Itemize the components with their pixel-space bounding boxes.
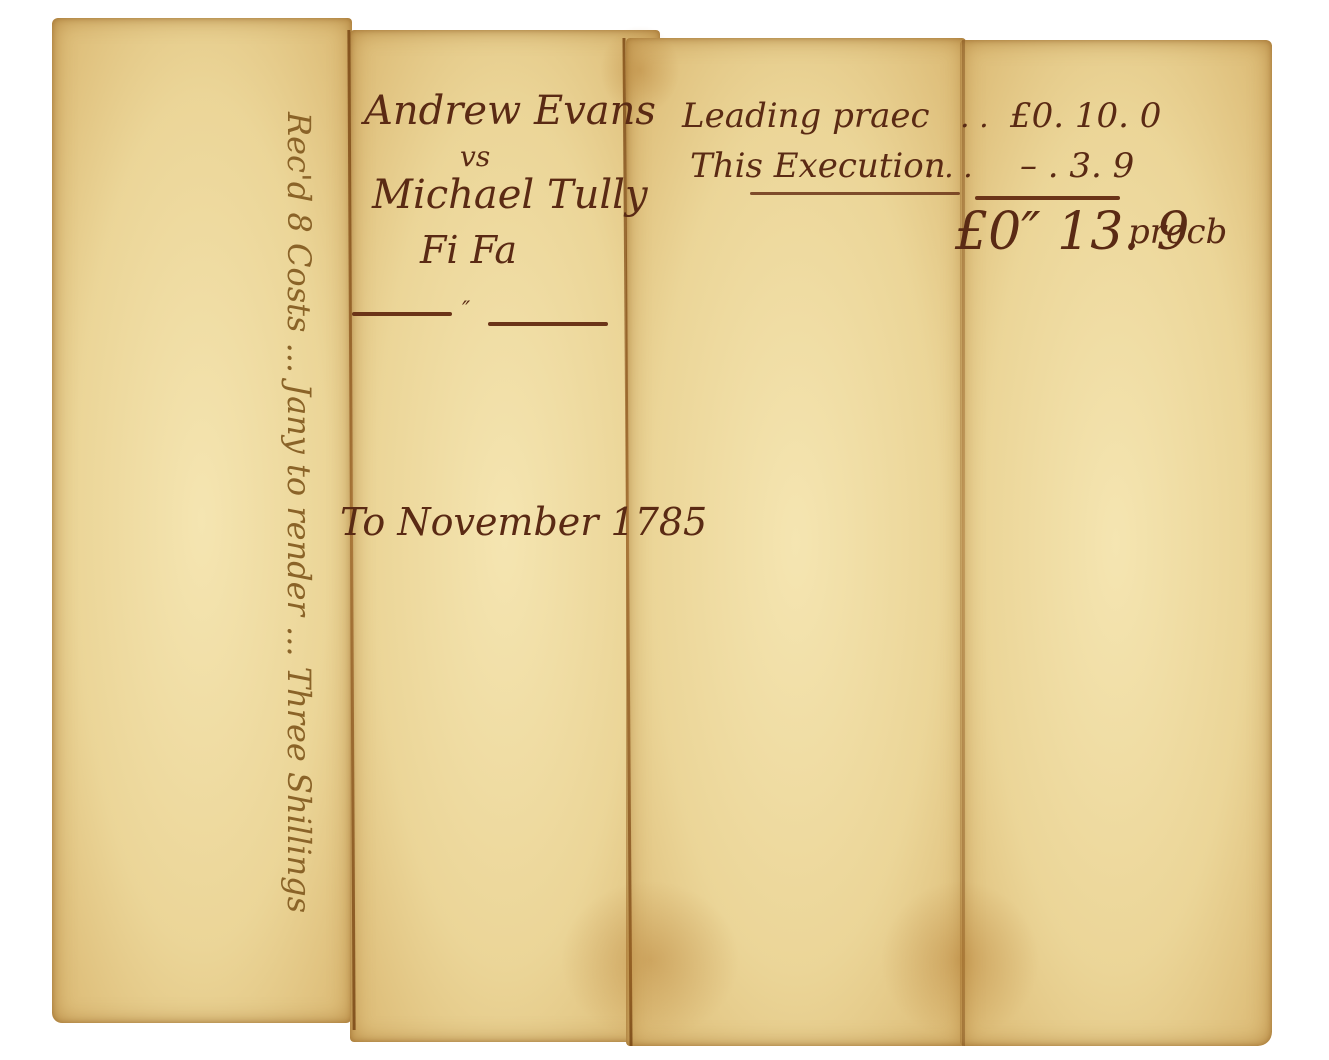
separator-rule <box>352 312 452 316</box>
margin-note-text: Rec'd 8 Costs ... Jany to render ... Thr… <box>280 112 318 913</box>
writ-type: Fi Fa <box>420 228 517 272</box>
cost-item-label: This Execution <box>690 146 946 186</box>
total-suffix: procb <box>1128 212 1227 252</box>
cost-item-dots: . . . <box>925 150 973 185</box>
document-sheet: Andrew Evans vs Michael Tully Fi Fa ″ To… <box>0 0 1329 1060</box>
stain <box>560 880 740 1040</box>
margin-note: Rec'd 8 Costs ... Jany to render ... Thr… <box>280 112 318 913</box>
cost-item-amount: £0. 10. 0 <box>1010 96 1161 136</box>
docket-date: To November 1785 <box>340 500 707 544</box>
versus-label: vs <box>460 140 490 173</box>
separator-rule <box>488 322 608 326</box>
separator-mark: ″ <box>462 298 470 323</box>
bleed-through-text <box>680 390 690 425</box>
bleed-through-text <box>70 110 184 145</box>
sum-rule <box>975 196 1120 200</box>
cost-item-amount: – . 3. 9 <box>1020 146 1134 186</box>
cost-item-label: Leading praec <box>682 96 930 136</box>
plaintiff-name: Andrew Evans <box>364 88 656 134</box>
cost-item-dots: . . <box>960 100 989 135</box>
stain <box>880 880 1040 1040</box>
underline-rule <box>750 192 960 195</box>
defendant-name: Michael Tully <box>372 172 648 218</box>
